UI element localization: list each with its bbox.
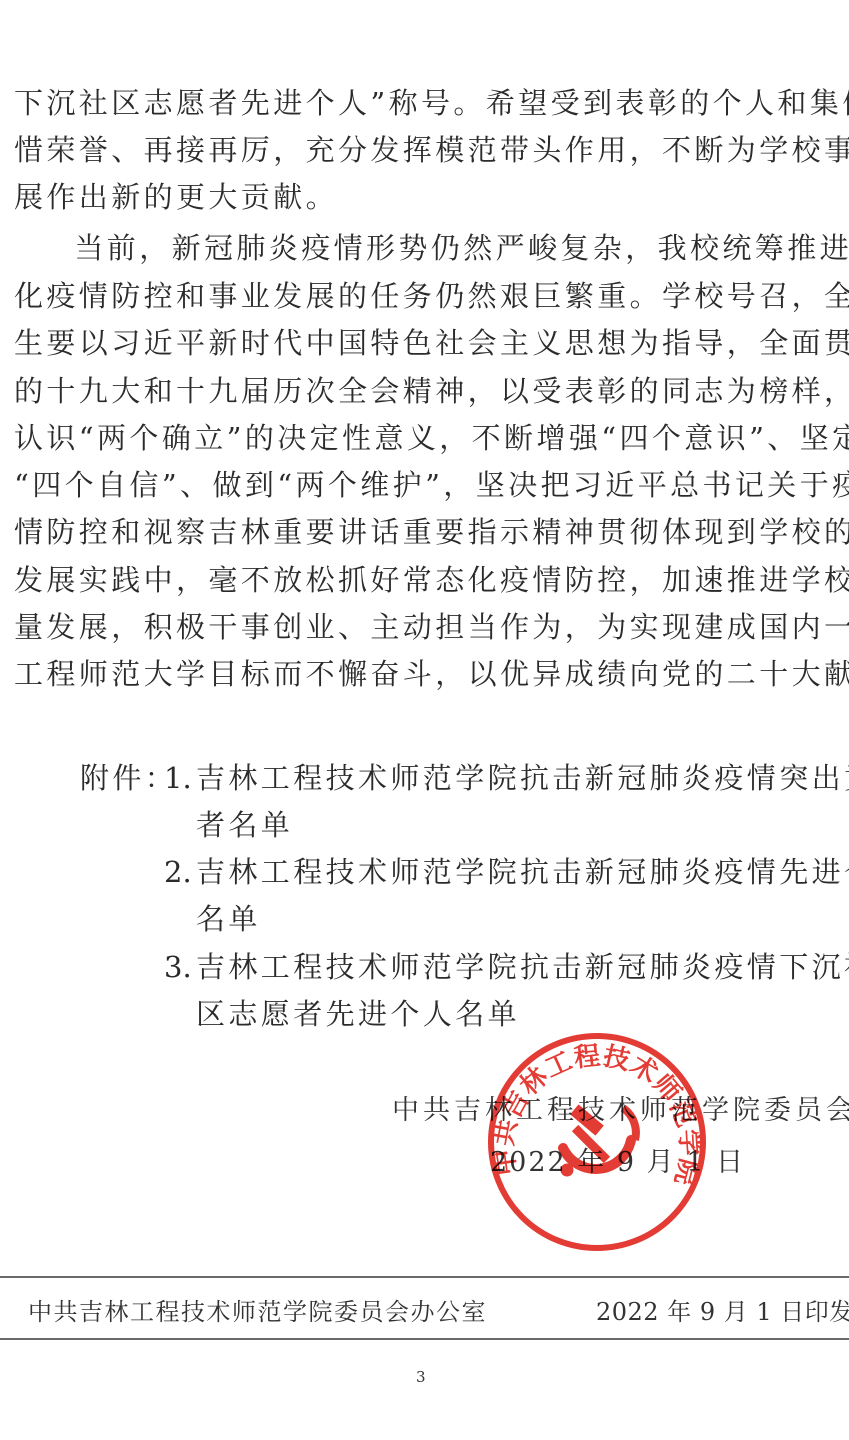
document-page: 下沉社区志愿者先进个人”称号。希望受到表彰的个人和集体珍 惜荣誉、再接再厉，充分… <box>0 0 849 1440</box>
body-line: 情防控和视察吉林重要讲话重要指示精神贯彻体现到学校的事业 <box>14 514 836 550</box>
body-line: 发展实践中，毫不放松抓好常态化疫情防控，加速推进学校高质 <box>14 562 836 598</box>
footer-bottom-rule <box>0 1338 849 1340</box>
attachment-number: 1. <box>164 760 192 796</box>
hammer-sickle-icon <box>561 1105 636 1176</box>
attachment-number: 3. <box>164 949 192 985</box>
footer-issue-date: 2022 年 9 月 1 日印发 <box>596 1297 849 1327</box>
attachment-title-cont: 者名单 <box>196 807 293 843</box>
attachment-title-cont: 区志愿者先进个人名单 <box>196 996 520 1032</box>
attachment-title: 吉林工程技术师范学院抗击新冠肺炎疫情突出贡献 <box>196 760 849 796</box>
body-line: 的十九大和十九届历次全会精神，以受表彰的同志为榜样，深刻 <box>14 373 836 409</box>
body-line: 惜荣誉、再接再厉，充分发挥模范带头作用，不断为学校事业发 <box>14 132 836 168</box>
attachment-title: 吉林工程技术师范学院抗击新冠肺炎疫情先进个人 <box>196 854 849 890</box>
body-line: “四个自信”、做到“两个维护”，坚决把习近平总书记关于疫 <box>14 467 836 503</box>
page-number: 3 <box>416 1368 426 1386</box>
body-line: 量发展，积极干事创业、主动担当作为，为实现建成国内一流的 <box>14 609 836 645</box>
body-line: 生要以习近平新时代中国特色社会主义思想为指导，全面贯彻党 <box>14 325 836 361</box>
body-line: 化疫情防控和事业发展的任务仍然艰巨繁重。学校号召，全体师 <box>14 278 836 314</box>
body-line: 下沉社区志愿者先进个人”称号。希望受到表彰的个人和集体珍 <box>14 85 836 121</box>
body-line: 工程师范大学目标而不懈奋斗，以优异成绩向党的二十大献礼！ <box>14 656 836 692</box>
attachment-title-cont: 名单 <box>196 901 261 937</box>
official-seal-icon: 中共吉林工程技术师范学院委员会 <box>485 1030 709 1254</box>
attachment-title: 吉林工程技术师范学院抗击新冠肺炎疫情下沉社 <box>196 949 849 985</box>
footer-issuer: 中共吉林工程技术师范学院委员会办公室 <box>28 1297 487 1327</box>
attachment-number: 2. <box>164 854 192 890</box>
body-line: 展作出新的更大贡献。 <box>14 179 836 215</box>
body-line: 认识“两个确立”的决定性意义，不断增强“四个意识”、坚定 <box>14 420 836 456</box>
footer-top-rule <box>0 1276 849 1278</box>
body-line: 当前，新冠肺炎疫情形势仍然严峻复杂，我校统筹推进常态 <box>42 230 849 266</box>
attachments-label: 附件： <box>80 760 177 796</box>
